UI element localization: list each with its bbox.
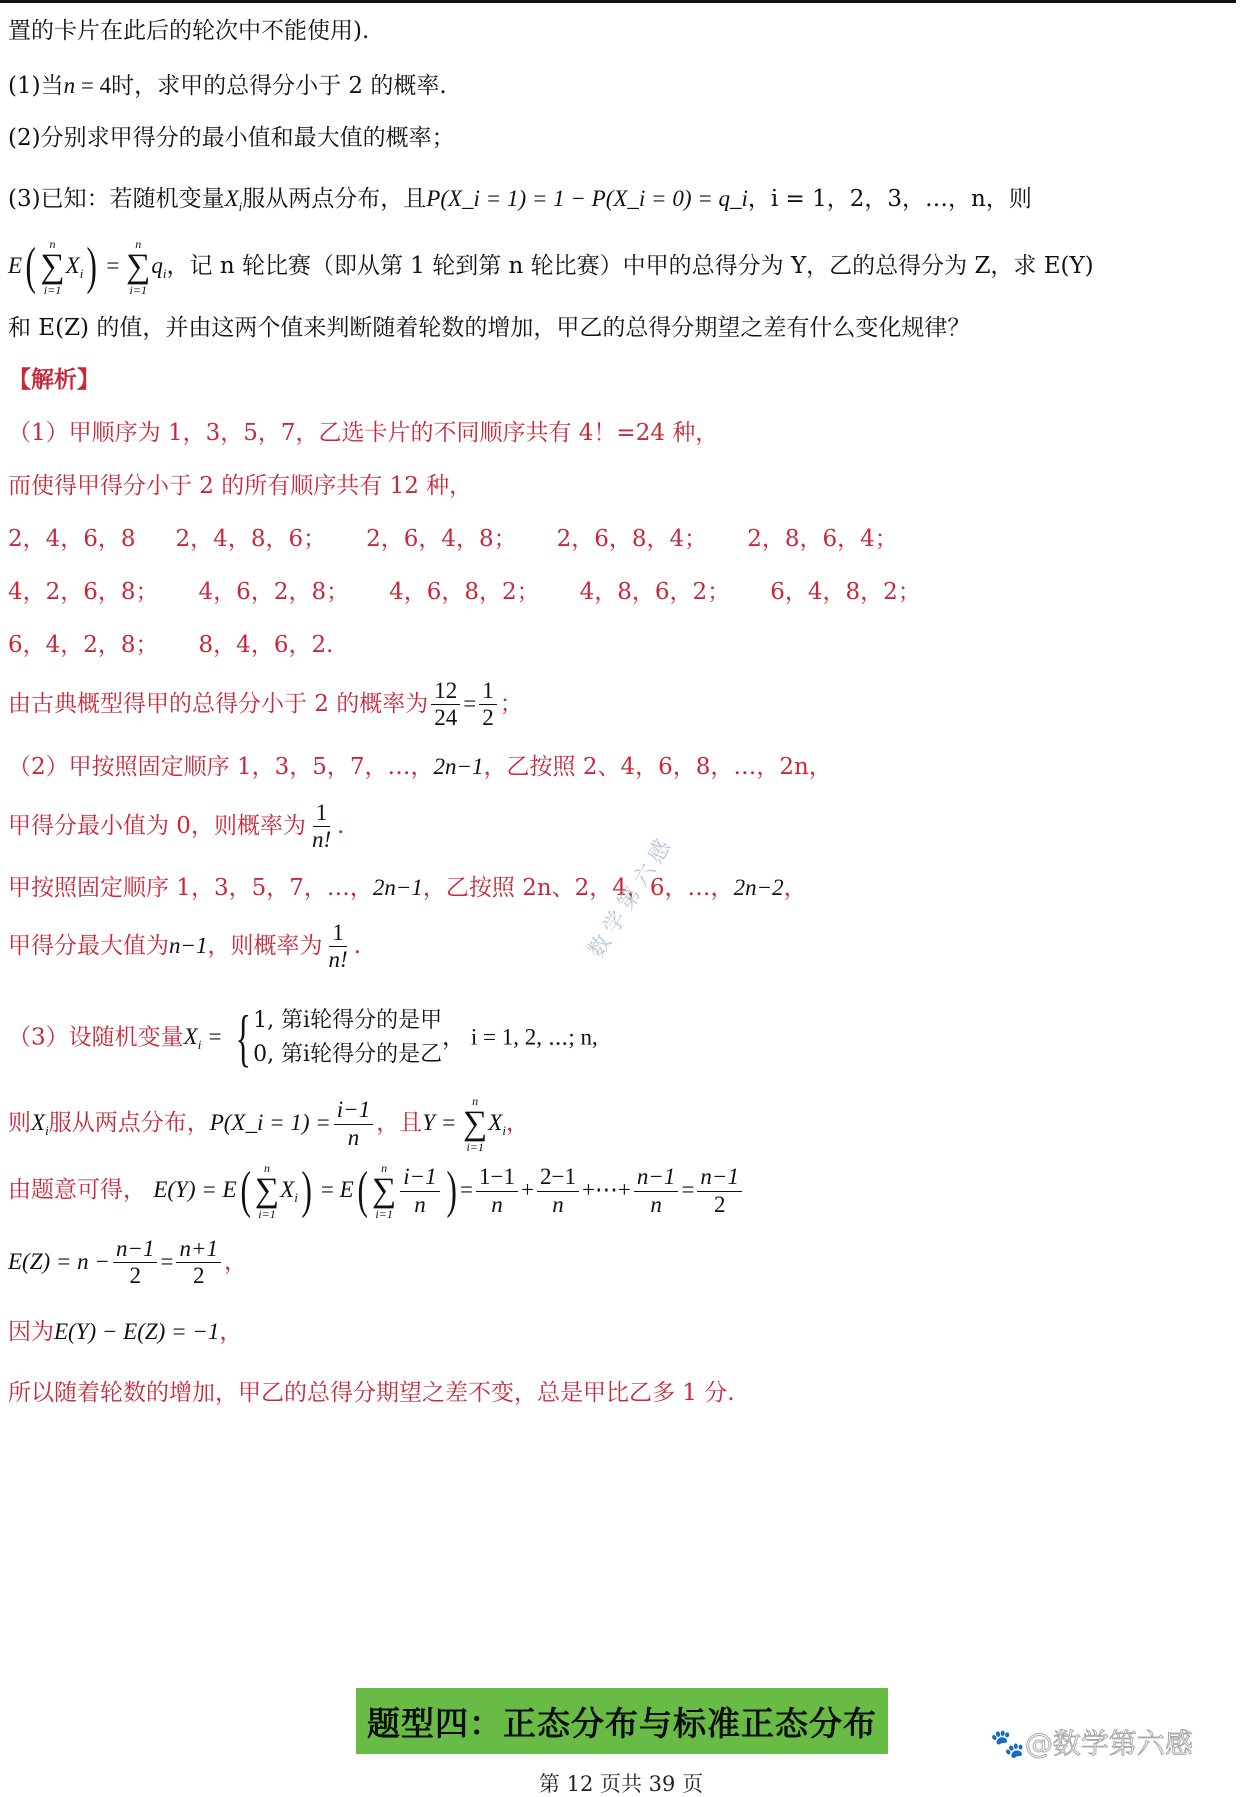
- permutation-row-3: 6，4，2，8；8，4，6，2.: [8, 632, 373, 660]
- fraction-1-nfact-max: 1n!: [326, 920, 351, 974]
- fraction-1-nfact: 1n!: [309, 800, 334, 854]
- sum-symbol: n∑i=1: [40, 238, 64, 296]
- question-1: (1)当n = 4时，求甲的总得分小于 2 的概率.: [8, 72, 447, 101]
- corner-watermark: 🐾@数学第六感: [990, 1722, 1193, 1762]
- solution-2-line3: 甲按照固定顺序 1，3，5，7，…，2n−1，乙按照 2n、2，4，6，…，2n…: [8, 874, 807, 903]
- question-2: (2)分别求甲得分的最小值和最大值的概率；: [8, 125, 455, 153]
- solution-1-line1: （1）甲顺序为 1，3，5，7，乙选卡片的不同顺序共有 4！=24 种，: [8, 420, 718, 448]
- solution-3-definition: （3）设随机变量Xi = {1, 第i轮得分的是甲0, 第i轮得分的是乙， i …: [8, 1000, 598, 1077]
- top-rule: [0, 0, 1236, 3]
- solution-1-conclusion: 由古典概型得甲的总得分小于 2 的概率为1224=12；: [8, 678, 523, 732]
- section-heading: 题型四：正态分布与标准正态分布: [367, 1698, 877, 1745]
- paw-icon: 🐾: [990, 1727, 1025, 1760]
- question-3-line1: (3)已知：若随机变量Xi服从两点分布，且P(X_i = 1) = 1 − P(…: [8, 185, 1032, 215]
- solution-2-line1: （2）甲按照固定顺序 1，3，5，7，…，2n−1，乙按照 2、4，6，8，…，…: [8, 753, 832, 782]
- fraction-12-24: 1224: [431, 678, 460, 732]
- permutation-row-1: 2，4，6，82，4，8，6；2，6，4，8；2，6，8，4；2，8，6，4；: [8, 526, 938, 554]
- solution-3-expectation-y: 由题意可得， E(Y) = E(n∑i=1Xi) = E(n∑i=1i−1n)=…: [8, 1160, 745, 1222]
- solution-3-expectation-z: E(Z) = n −n−12=n+12，: [8, 1236, 247, 1290]
- two-point-formula: P(X_i = 1) = 1 − P(X_i = 0) = q_i: [426, 186, 748, 211]
- solution-2-min: 甲得分最小值为 0，则概率为1n!.: [8, 800, 344, 854]
- solution-3-line2: 则Xi服从两点分布，P(X_i = 1) =i−1n，且Y = n∑i=1Xi，: [8, 1095, 529, 1153]
- solution-label: 【解析】: [8, 367, 100, 395]
- permutation-row-2: 4，2，6，8；4，6，2，8；4，6，8，2；4，8，6，2；6，4，8，2；: [8, 579, 961, 607]
- solution-3-conclusion: 所以随着轮数的增加，甲乙的总得分期望之差不变，总是甲比乙多 1 分.: [8, 1380, 735, 1408]
- question-intro-tail: 置的卡片在此后的轮次中不能使用).: [8, 18, 369, 46]
- solution-1-line2: 而使得甲得分小于 2 的所有顺序共有 12 种，: [8, 473, 472, 501]
- solution-2-max: 甲得分最大值为n−1，则概率为1n!.: [8, 920, 361, 974]
- section-heading-bar: 题型四：正态分布与标准正态分布: [356, 1688, 888, 1754]
- solution-3-difference: 因为E(Y) − E(Z) = −1，: [8, 1318, 242, 1347]
- page-footer: 第 12 页共 39 页: [0, 1768, 1242, 1797]
- fraction-1-2: 12: [479, 678, 497, 732]
- piecewise-brace: {1, 第i轮得分的是甲0, 第i轮得分的是乙: [228, 1000, 442, 1077]
- question-3-line2: E(n∑i=1Xi) = n∑i=1qi，记 n 轮比赛（即从第 1 轮到第 n…: [8, 236, 1094, 298]
- question-3-line3: 和 E(Z) 的值，并由这两个值来判断随着轮数的增加，甲乙的总得分期望之差有什么…: [8, 315, 970, 343]
